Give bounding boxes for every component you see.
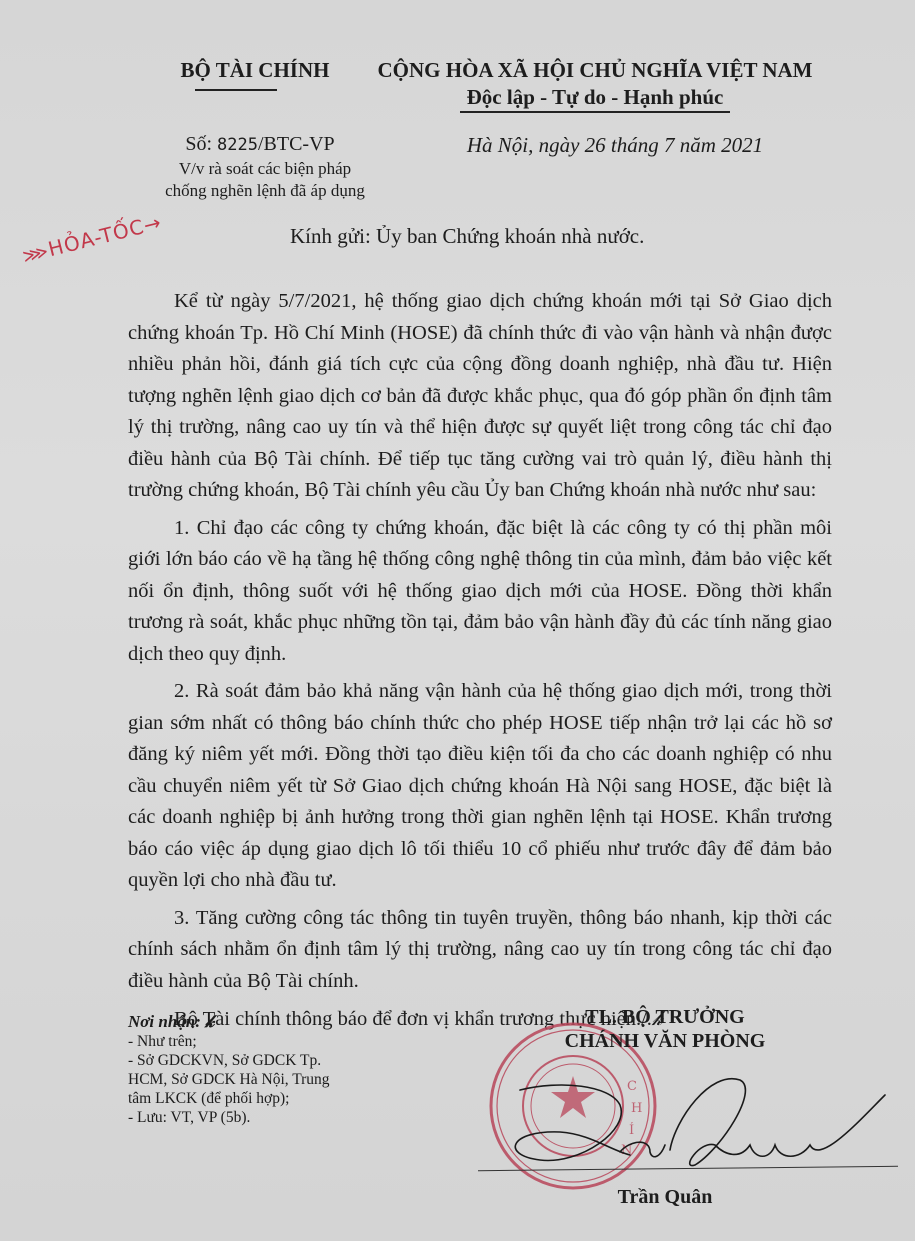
recipient-line: - Sở GDCKVN, Sở GDCK Tp. <box>128 1051 388 1070</box>
national-motto: Độc lập - Tự do - Hạnh phúc <box>360 85 830 110</box>
signatory-name: Trần Quân <box>540 1186 790 1209</box>
document-subject: V/v rà soát các biện pháp chống nghẽn lệ… <box>75 158 455 202</box>
recipients-title: Nơi nhận: 𝓀 <box>128 1012 388 1032</box>
greeting: Kính gửi: Ủy ban Chứng khoán nhà nước. <box>290 224 850 249</box>
request-item-3: 3. Tăng cường công tác thông tin tuyên t… <box>128 903 832 998</box>
ministry-name: BỘ TÀI CHÍNH <box>110 58 400 83</box>
subject-line: V/v rà soát các biện pháp <box>75 158 455 180</box>
doc-number-handwritten: 8225 <box>217 135 258 155</box>
initial-mark-icon: 𝓀 <box>205 1012 214 1032</box>
recipients-block: Nơi nhận: 𝓀 - Như trên; - Sở GDCKVN, Sở … <box>128 1012 388 1127</box>
ministry-underline <box>195 89 277 91</box>
request-item-2: 2. Rà soát đảm bảo khả năng vận hành của… <box>128 676 832 897</box>
recipient-line: - Lưu: VT, VP (5b). <box>128 1108 388 1127</box>
subject-line: chống nghẽn lệnh đã áp dụng <box>75 180 455 202</box>
recipient-line: tâm LKCK (để phối hợp); <box>128 1089 388 1108</box>
national-title: CỘNG HÒA XÃ HỘI CHỦ NGHĨA VIỆT NAM <box>360 58 830 83</box>
recipient-line: HCM, Sở GDCK Hà Nội, Trung <box>128 1070 388 1089</box>
urgent-stamp-text: HỎA-TỐC <box>46 214 147 261</box>
request-item-1: 1. Chỉ đạo các công ty chứng khoán, đặc … <box>128 513 832 671</box>
urgent-stamp: ⋙HỎA-TỐC→ <box>20 201 204 283</box>
signatory-line-2: CHÁNH VĂN PHÒNG <box>540 1029 790 1053</box>
signatory-title: TL. BỘ TRƯỞNG CHÁNH VĂN PHÒNG <box>540 1005 790 1053</box>
motto-underline <box>460 111 730 113</box>
doc-number-suffix: /BTC-VP <box>258 133 335 155</box>
document-number: Số: 8225/BTC-VP <box>100 133 420 156</box>
recipient-line: - Như trên; <box>128 1032 388 1051</box>
recipients-title-text: Nơi nhận: <box>128 1012 201 1031</box>
place-date: Hà Nội, ngày 26 tháng 7 năm 2021 <box>400 133 830 158</box>
intro-paragraph: Kể từ ngày 5/7/2021, hệ thống giao dịch … <box>128 286 832 507</box>
doc-number-prefix: Số: <box>185 133 217 155</box>
signatory-line-1: TL. BỘ TRƯỞNG <box>540 1005 790 1029</box>
handwritten-signature-icon <box>500 1060 890 1180</box>
letter-body: Kể từ ngày 5/7/2021, hệ thống giao dịch … <box>128 286 832 1042</box>
